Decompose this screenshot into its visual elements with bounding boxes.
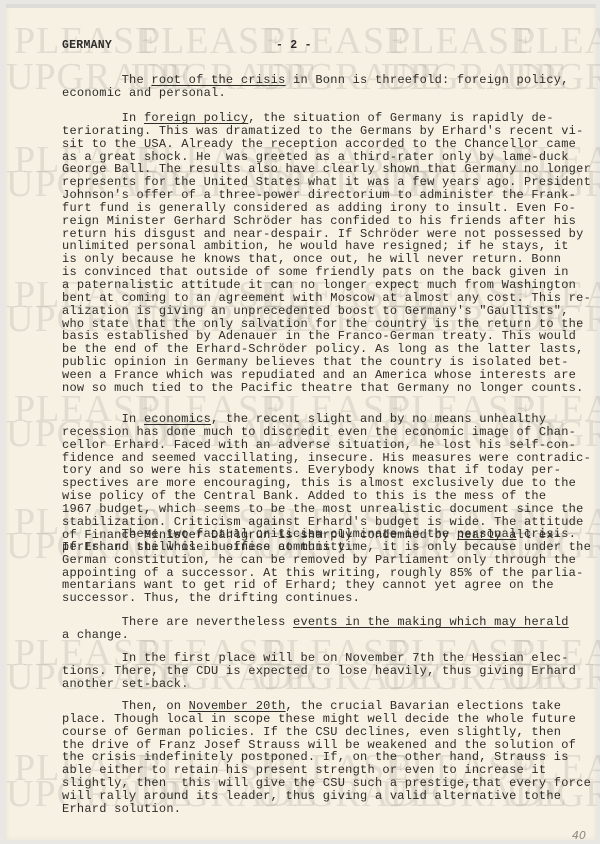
handwritten-page-number: 40 [572,829,586,842]
paragraph-intro: The root of the crisis in Bonn is threef… [62,74,592,100]
page-header: GERMANY - 2 - [62,40,592,54]
underlined-phrase: economics [144,412,211,426]
paragraph-personal: These two factual criticism culminate in… [62,528,592,605]
underlined-phrase: November 20th [189,699,286,713]
underlined-phrase: events in the making which may herald [293,615,569,629]
paragraph-events: There are nevertheless events in the mak… [62,616,592,642]
paragraph-foreign-policy: In foreign policy, the situation of Germ… [62,112,592,395]
scan-edge [6,4,596,8]
paragraph-bavarian: Then, on November 20th, the crucial Bava… [62,700,592,816]
page-label: - 2 - [276,40,312,53]
underlined-phrase: personal [457,527,517,541]
underlined-phrase: foreign policy [144,111,248,125]
paragraph-hessian: In the first place will be on November 7… [62,652,592,691]
section-title: GERMANY [62,40,112,53]
underlined-phrase: root of the crisis [151,73,285,87]
